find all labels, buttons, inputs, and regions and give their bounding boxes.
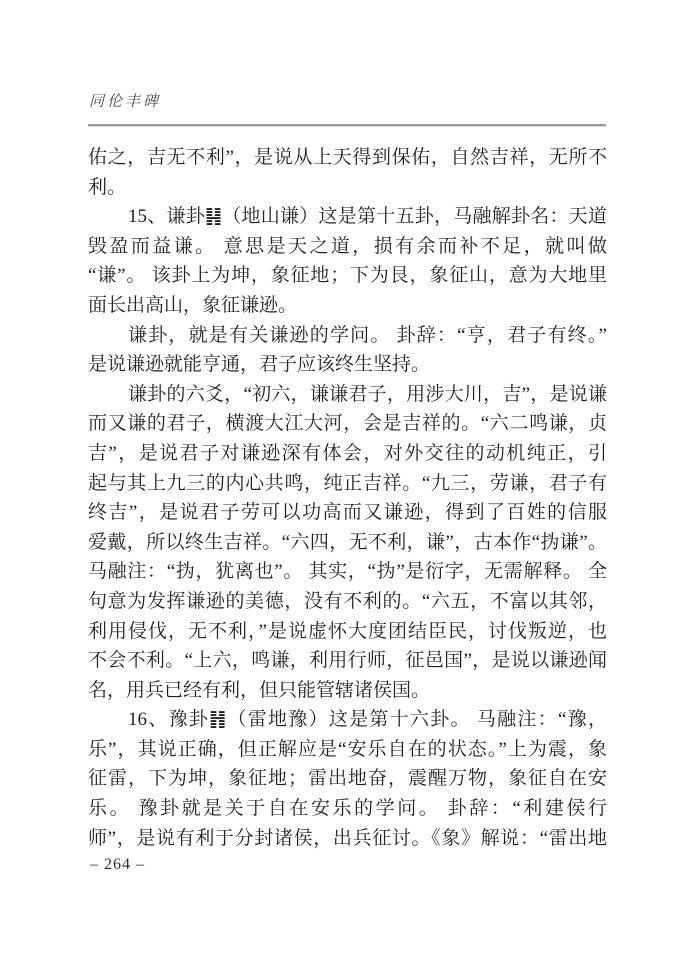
book-page: 同伦丰碑 佑之，吉无不利”，是说从上天得到保佑，自然吉祥，无所不 利。 15、谦… <box>0 0 692 968</box>
text-line: 乐”，其说正确，但正解应是“安乐自在的状态。”上为震，象 <box>88 735 607 765</box>
text-line: 利。 <box>88 173 607 203</box>
header-rule <box>88 124 606 126</box>
text-line: 师”，是说有利于分封诸侯，出兵征讨。《象》解说：“雷出地 <box>88 824 607 854</box>
text-line: 终吉”，是说君子劳可以功高而又谦逊，得到了百姓的信服 <box>88 498 607 528</box>
text-line: 吉”，是说君子对谦逊深有体会，对外交往的动机纯正，引 <box>88 439 607 469</box>
text-line: 毁盈而益谦。 意思是天之道，损有余而补不足，就叫做 <box>88 232 607 262</box>
text-line: “谦”。 该卦上为坤，象征地；下为艮，象征山，意为大地里 <box>88 261 607 291</box>
text-line: 名，用兵已经有利，但只能管辖诸侯国。 <box>88 676 607 706</box>
text-line: 15、谦卦䷎（地山谦）这是第十五卦，马融解卦名：天道 <box>88 202 607 232</box>
text-line: 而又谦的君子，横渡大江大河，会是吉祥的。“六二鸣谦，贞 <box>88 409 607 439</box>
text-line: 乐。 豫卦就是关于自在安乐的学问。 卦辞：“利建侯行 <box>88 794 607 824</box>
body-text: 佑之，吉无不利”，是说从上天得到保佑，自然吉祥，无所不 利。 15、谦卦䷎（地山… <box>88 143 607 853</box>
text-line: 马融注：“㧑，犹离也”。 其实，“㧑”是衍字，无需解释。 全 <box>88 557 607 587</box>
text-line: 利用侵伐，无不利，”是说虚怀大度团结臣民，讨伐叛逆，也 <box>88 617 607 647</box>
page-number: – 264 – <box>90 856 145 874</box>
text-line: 句意为发挥谦逊的美德，没有不利的。“六五，不富以其邻， <box>88 587 607 617</box>
text-line: 谦卦的六爻，“初六，谦谦君子，用涉大川，吉”，是说谦 <box>88 380 607 410</box>
text-line: 起与其上九三的内心共鸣，纯正吉祥。“九三，劳谦，君子有 <box>88 469 607 499</box>
text-line: 征雷，下为坤，象征地；雷出地奋，震醒万物，象征自在安 <box>88 764 607 794</box>
text-line: 谦卦，就是有关谦逊的学问。 卦辞：“亨，君子有终。” <box>88 321 607 351</box>
text-line: 是说谦逊就能亨通，君子应该终生坚持。 <box>88 350 607 380</box>
text-line: 不会不利。“上六，鸣谦，利用行师，征邑国”，是说以谦逊闻 <box>88 646 607 676</box>
text-line: 面长出高山，象征谦逊。 <box>88 291 607 321</box>
text-line: 爱戴，所以终生吉祥。“六四，无不利，谦”，古本作“㧑谦”。 <box>88 528 607 558</box>
running-head: 同伦丰碑 <box>89 90 161 111</box>
text-line: 佑之，吉无不利”，是说从上天得到保佑，自然吉祥，无所不 <box>88 143 607 173</box>
text-line: 16、豫卦䷏（雷地豫）这是第十六卦。 马融注：“豫， <box>88 705 607 735</box>
